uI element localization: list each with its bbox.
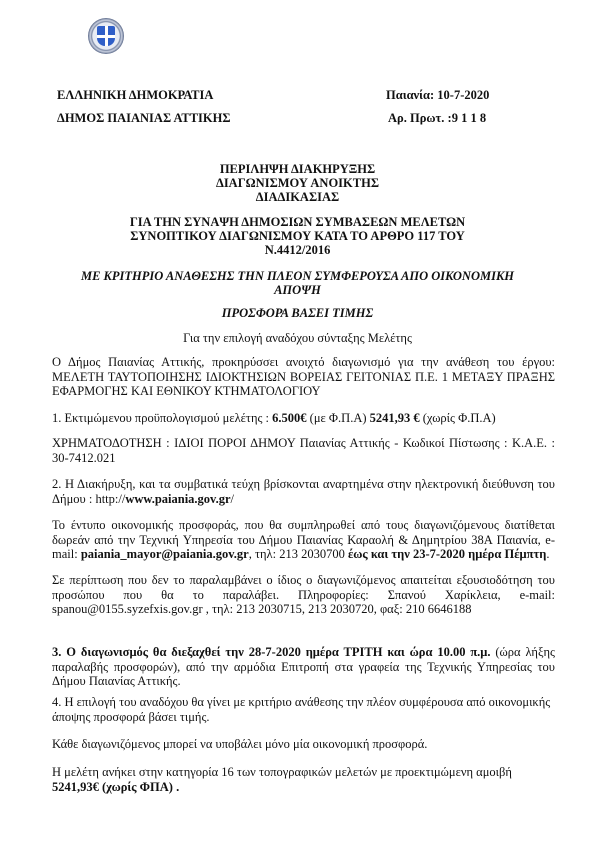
greek-coat-of-arms-icon — [88, 18, 124, 54]
budget-paragraph: 1. Εκτιμώμενου προϋπολογισμού μελέτης : … — [52, 411, 555, 426]
title-block: ΠΕΡΙΛΗΨΗ ΔΙΑΚΗΡΥΞΗΣ ΔΙΑΓΩΝΙΣΜΟΥ ΑΝΟΙΚΤΗΣ… — [40, 162, 555, 204]
criterion-price: ΠΡΟΣΦΟΡΑ ΒΑΣΕΙ ΤΙΜΗΣ — [40, 306, 555, 320]
criterion-block: ΜΕ ΚΡΙΤΗΡΙΟ ΑΝΑΘΕΣΗΣ ΤΗΝ ΠΛΕΟΝ ΣΥΜΦΕΡΟΥΣ… — [40, 269, 555, 297]
single-offer-paragraph: Κάθε διαγωνιζόμενος μπορεί να υποβάλει μ… — [52, 737, 555, 752]
website-link[interactable]: www.paiania.gov.gr — [125, 492, 230, 506]
header-protocol: Αρ. Πρωτ. :9 1 1 8 — [388, 111, 486, 126]
intro-text: Ο Δήμος Παιανίας Αττικής, προκηρύσσει αν… — [52, 355, 555, 399]
selection-paragraph: 4. Η επιλογή του αναδόχου θα γίνει με κρ… — [52, 695, 555, 724]
deadline-text: έως και την 23-7-2020 ημέρα Πέμπτη — [348, 547, 546, 561]
declaration-paragraph: 2. Η Διακήρυξη, και τα συμβατικά τεύχη β… — [52, 477, 555, 506]
subtitle-line: Ν.4412/2016 — [40, 243, 555, 257]
form-paragraph: Το έντυπο οικονομικής προσφοράς, που θα … — [52, 518, 555, 562]
criterion-line: ΑΠΟΨΗ — [40, 283, 555, 297]
link-suffix: / — [231, 492, 234, 506]
selection-text: 4. Η επιλογή του αναδόχου θα γίνει με κρ… — [52, 695, 555, 724]
mayor-email-link[interactable]: paiania_mayor@paiania.gov.gr — [81, 547, 249, 561]
budget-amount-without-vat: 5241,93 € — [370, 411, 420, 425]
header-municipality: ΔΗΜΟΣ ΠΑΙΑΝΙΑΣ ΑΤΤΙΚΗΣ — [57, 111, 231, 126]
without-vat-label: (χωρίς Φ.Π.Α) — [420, 411, 496, 425]
subtitle-line: ΓΙΑ ΤΗΝ ΣΥΝΑΨΗ ΔΗΜΟΣΙΩΝ ΣΥΜΒΑΣΕΩΝ ΜΕΛΕΤΩ… — [40, 215, 555, 229]
criterion-line: ΜΕ ΚΡΙΤΗΡΙΟ ΑΝΑΘΕΣΗΣ ΤΗΝ ΠΛΕΟΝ ΣΥΜΦΕΡΟΥΣ… — [40, 269, 555, 283]
contest-date-paragraph: 3. Ο διαγωνισμός θα διεξαχθεί την 28-7-2… — [52, 645, 555, 689]
title-line: ΠΕΡΙΛΗΨΗ ΔΙΑΚΗΡΥΞΗΣ — [40, 162, 555, 176]
category-amount: 5241,93€ (χωρίς ΦΠΑ) . — [52, 780, 179, 794]
purpose-line: Για την επιλογή αναδόχου σύνταξης Μελέτη… — [40, 331, 555, 346]
subtitle-line: ΣΥΝΟΠΤΙΚΟΥ ΔΙΑΓΩΝΙΣΜΟΥ ΚΑΤΑ ΤΟ ΑΡΘΡΟ 117… — [40, 229, 555, 243]
funding-paragraph: ΧΡΗΜΑΤΟΔΟΤΗΣΗ : ΙΔΙΟΙ ΠΟΡΟΙ ΔΗΜΟΥ Παιανί… — [52, 436, 555, 465]
period: . — [546, 547, 549, 561]
with-vat-label: (με Φ.Π.Α) — [307, 411, 370, 425]
header-country: ΕΛΛΗΝΙΚΗ ΔΗΜΟΚΡΑΤΙΑ — [57, 88, 213, 103]
funding-text: ΧΡΗΜΑΤΟΔΟΤΗΣΗ : ΙΔΙΟΙ ΠΟΡΟΙ ΔΗΜΟΥ Παιανί… — [52, 436, 555, 465]
category-paragraph: Η μελέτη ανήκει στην κατηγορία 16 των το… — [52, 765, 555, 794]
contest-date-text: 3. Ο διαγωνισμός θα διεξαχθεί την 28-7-2… — [52, 645, 491, 659]
title-line: ΔΙΑΓΩΝΙΣΜΟΥ ΑΝΟΙΚΤΗΣ — [40, 176, 555, 190]
budget-amount-with-vat: 6.500€ — [272, 411, 306, 425]
header-date: Παιανία: 10-7-2020 — [386, 88, 489, 103]
single-offer-text: Κάθε διαγωνιζόμενος μπορεί να υποβάλει μ… — [52, 737, 555, 752]
title-line: ΔΙΑΔΙΚΑΣΙΑΣ — [40, 190, 555, 204]
authorization-text: Σε περίπτωση που δεν το παραλαμβάνει ο ί… — [52, 573, 555, 617]
authorization-paragraph: Σε περίπτωση που δεν το παραλαμβάνει ο ί… — [52, 573, 555, 617]
phone-text: , τηλ: 213 2030700 — [249, 547, 348, 561]
subtitle-block: ΓΙΑ ΤΗΝ ΣΥΝΑΨΗ ΔΗΜΟΣΙΩΝ ΣΥΜΒΑΣΕΩΝ ΜΕΛΕΤΩ… — [40, 215, 555, 257]
intro-paragraph: Ο Δήμος Παιανίας Αττικής, προκηρύσσει αν… — [52, 355, 555, 399]
budget-label: 1. Εκτιμώμενου προϋπολογισμού μελέτης : — [52, 411, 272, 425]
category-text: Η μελέτη ανήκει στην κατηγορία 16 των το… — [52, 765, 512, 779]
